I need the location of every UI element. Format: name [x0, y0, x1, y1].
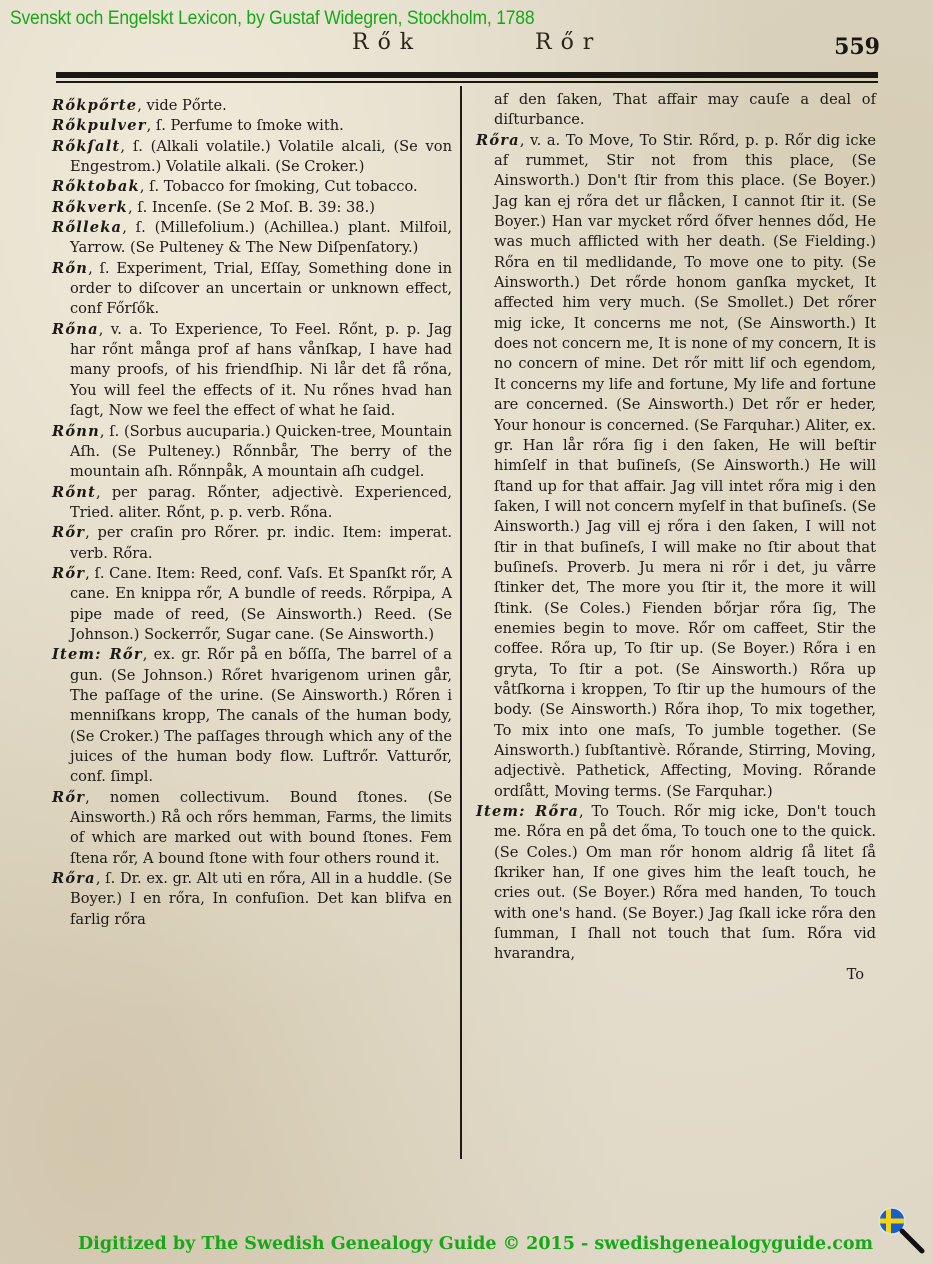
- entry-definition: , nomen collectivum. Bound ſtones. (Se A…: [70, 789, 452, 867]
- dictionary-entry: Rőkpulver, ſ. Perfume to ſmoke with.: [52, 116, 452, 136]
- entry-definition: , ex. gr. Rőr på en bőſſa, The barrel of…: [70, 646, 452, 785]
- left-column: Rőkpőrte, vide Pőrte.Rőkpulver, ſ. Perfu…: [52, 96, 452, 930]
- dictionary-entry: Rőr, ſ. Cane. Item: Reed, conf. Vaſs. Et…: [52, 564, 452, 645]
- entry-headword: Rőkpőrte: [52, 97, 137, 114]
- entry-definition: , ſ. Cane. Item: Reed, conf. Vaſs. Et Sp…: [70, 565, 452, 643]
- entry-headword: Rőkpulver: [52, 117, 147, 134]
- entry-definition: , per craſin pro Rőrer. pr. indic. Item:…: [70, 524, 452, 561]
- swedish-flag-magnifier-icon[interactable]: [877, 1206, 929, 1258]
- dictionary-entry: Rőra, v. a. To Move, To Stir. Rőrd, p. p…: [476, 131, 876, 802]
- entry-definition: , ſ. Incenſe. (Se 2 Moſ. B. 39: 38.): [128, 199, 375, 216]
- right-column: af den ſaken, That affair may cauſe a de…: [476, 90, 876, 985]
- dictionary-entry: af den ſaken, That affair may cauſe a de…: [476, 90, 876, 131]
- dictionary-entry: Rőna, v. a. To Experience, To Feel. Rőnt…: [52, 320, 452, 422]
- entry-definition: , ſ. Experiment, Trial, Eſſay, Something…: [70, 260, 452, 318]
- entry-definition: , ſ. (Sorbus aucuparia.) Quicken-tree, M…: [70, 423, 452, 481]
- entry-definition: , ſ. Dr. ex. gr. Alt uti en rőra, All in…: [70, 870, 452, 928]
- entry-headword: Rőn: [52, 260, 88, 277]
- page-number: 559: [834, 34, 880, 60]
- dictionary-entry: Rőnt, per parag. Rőnter, adjectivè. Expe…: [52, 483, 452, 524]
- running-head-right: Rőr: [535, 30, 602, 55]
- entry-definition: , ſ. (Alkali volatile.) Volatile alcali,…: [70, 138, 452, 175]
- entry-headword: Rőr: [52, 565, 85, 582]
- entry-definition: , per parag. Rőnter, adjectivè. Experien…: [70, 484, 452, 521]
- dictionary-entry: Rőn, ſ. Experiment, Trial, Eſſay, Someth…: [52, 259, 452, 320]
- entry-headword: Rőra: [476, 132, 520, 149]
- entry-definition: , ſ. Tobacco for ſmoking, Cut tobacco.: [140, 178, 418, 195]
- entry-headword: Rőktobak: [52, 178, 140, 195]
- entry-definition: , v. a. To Experience, To Feel. Rőnt, p.…: [70, 321, 452, 419]
- entry-headword: Rőr: [52, 524, 85, 541]
- dictionary-entry: Rőktobak, ſ. Tobacco for ſmoking, Cut to…: [52, 177, 452, 197]
- entry-headword: Rőnt: [52, 484, 96, 501]
- catchword: To: [476, 965, 876, 985]
- entry-headword: Item: Rőr: [52, 646, 143, 663]
- dictionary-entry: Rőra, ſ. Dr. ex. gr. Alt uti en rőra, Al…: [52, 869, 452, 930]
- column-divider: [460, 86, 462, 1159]
- entry-headword: Rőlleka: [52, 219, 122, 236]
- entry-headword: Rőra: [52, 870, 96, 887]
- dictionary-entry: Rőnn, ſ. (Sorbus aucuparia.) Quicken-tre…: [52, 422, 452, 483]
- dictionary-entry: Rőr, per craſin pro Rőrer. pr. indic. It…: [52, 523, 452, 564]
- dictionary-entry: Item: Rőr, ex. gr. Rőr på en bőſſa, The …: [52, 645, 452, 787]
- dictionary-entry: Rőlleka, ſ. (Millefolium.) (Achillea.) p…: [52, 218, 452, 259]
- entry-headword: Rőnn: [52, 423, 100, 440]
- entry-definition: , To Touch. Rőr mig icke, Don't touch me…: [494, 803, 876, 962]
- entry-definition: , ſ. (Millefolium.) (Achillea.) plant. M…: [70, 219, 452, 256]
- digitizer-footer: Digitized by The Swedish Genealogy Guide…: [78, 1234, 873, 1254]
- entry-headword: Rőna: [52, 321, 99, 338]
- header-rule-thin: [56, 81, 878, 83]
- entry-headword: Rőkverk: [52, 199, 128, 216]
- running-head-left: Rők: [352, 30, 422, 55]
- header-rule-thick: [56, 72, 878, 78]
- dictionary-entry: Item: Rőra, To Touch. Rőr mig icke, Don'…: [476, 802, 876, 965]
- running-head: Rők Rőr: [0, 30, 933, 60]
- dictionary-entry: Rőkpőrte, vide Pőrte.: [52, 96, 452, 116]
- entry-definition: , vide Pőrte.: [137, 97, 227, 114]
- entry-headword: Rőr: [52, 789, 85, 806]
- collection-title: Svenskt och Engelskt Lexicon, by Gustaf …: [10, 8, 534, 30]
- dictionary-entry: Rőkſalt, ſ. (Alkali volatile.) Volatile …: [52, 137, 452, 178]
- entry-headword: Item: Rőra: [476, 803, 579, 820]
- entry-definition: , ſ. Perfume to ſmoke with.: [147, 117, 344, 134]
- dictionary-entry: Rőr, nomen collectivum. Bound ſtones. (S…: [52, 788, 452, 869]
- dictionary-entry: Rőkverk, ſ. Incenſe. (Se 2 Moſ. B. 39: 3…: [52, 198, 452, 218]
- entry-headword: Rőkſalt: [52, 138, 120, 155]
- entry-definition: , v. a. To Move, To Stir. Rőrd, p. p. Rő…: [494, 132, 876, 800]
- entry-definition: af den ſaken, That affair may cauſe a de…: [494, 91, 876, 128]
